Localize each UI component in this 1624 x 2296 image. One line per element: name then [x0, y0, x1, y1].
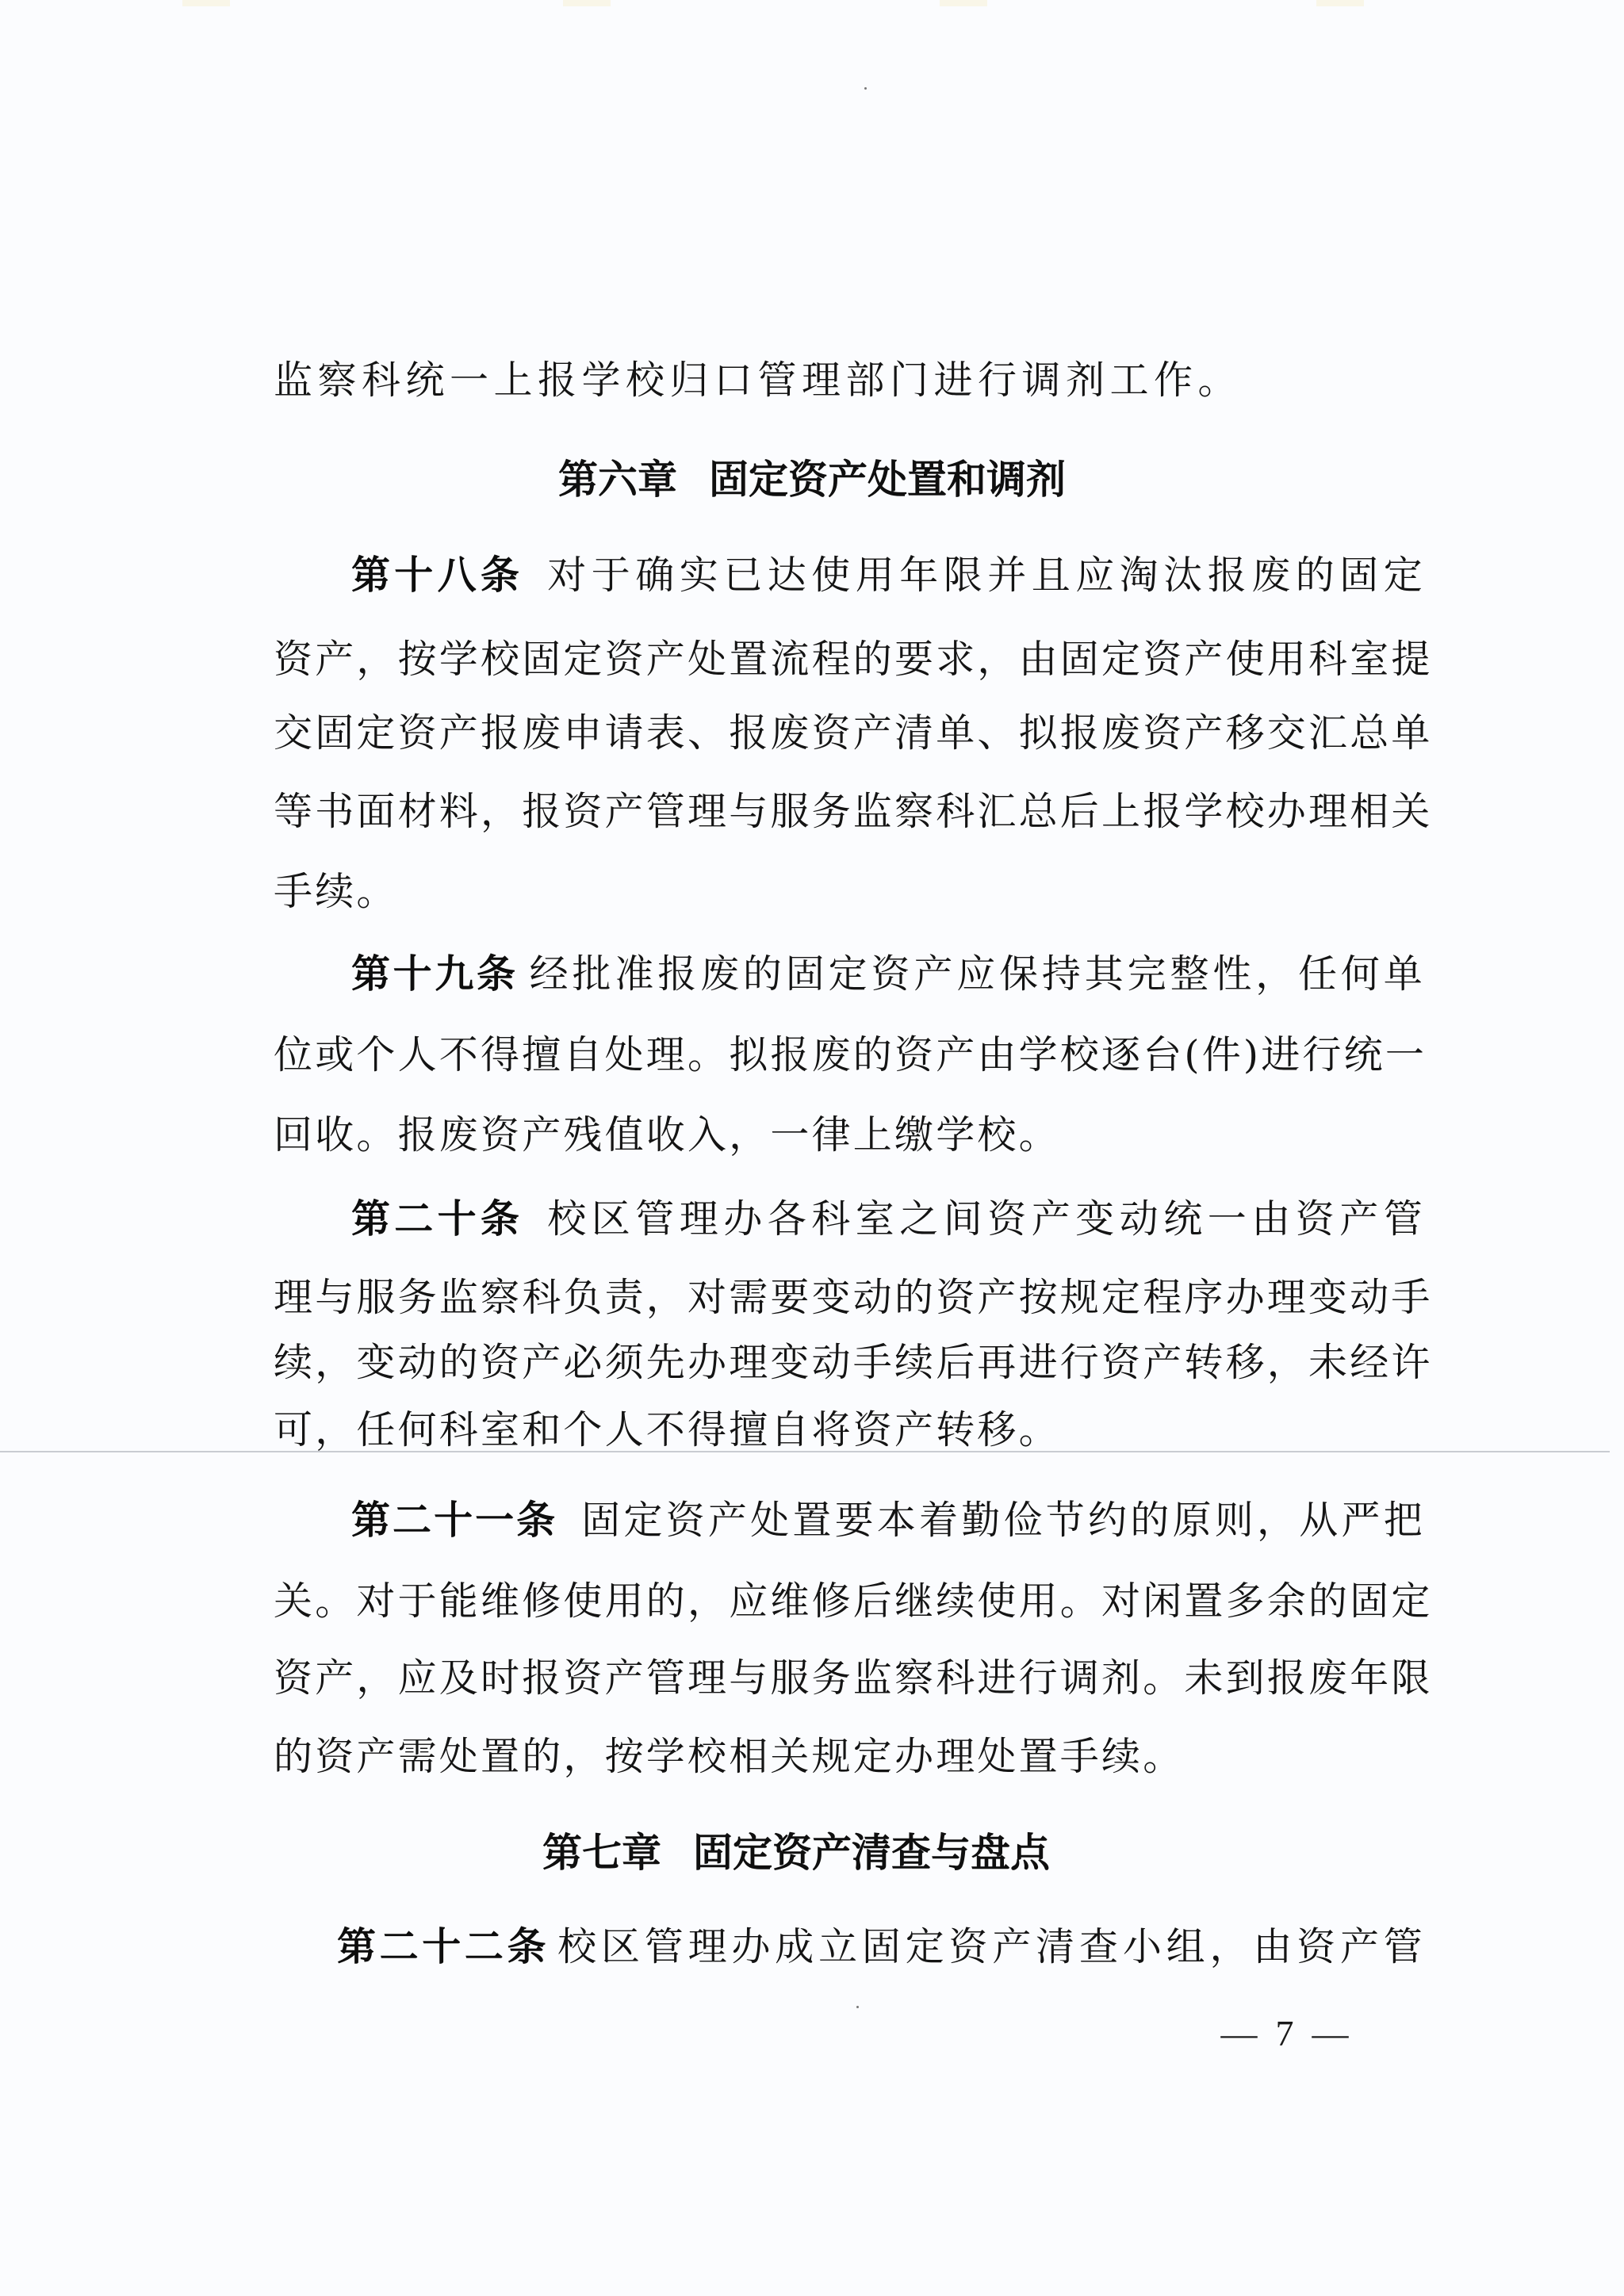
article-22-line-1: 第二十二条校区管理办成立固定资产清查小组，由资产管	[337, 1923, 1425, 1971]
article-18-line-2: 资产，按学校固定资产处置流程的要求，由固定资产使用科室提	[274, 636, 1425, 683]
article-text: 经批准报废的固定资产应保持其完整性，任何单	[530, 951, 1425, 997]
article-label: 第十九条	[351, 951, 519, 997]
article-21-line-3: 资产，应及时报资产管理与服务监察科进行调剂。未到报废年限	[274, 1655, 1425, 1702]
document-page: 监察科统一上报学校归口管理部门进行调剂工作。 第六章固定资产处置和调剂 第十八条…	[0, 0, 1624, 2296]
article-18-line-3: 交固定资产报废申请表、报废资产清单、拟报废资产移交汇总单	[274, 710, 1425, 757]
article-20-line-4: 可，任何科室和个人不得擅自将资产转移。	[274, 1406, 1425, 1454]
article-19-line-2: 位或个人不得擅自处理。拟报废的资产由学校逐台(件)进行统一	[274, 1031, 1425, 1079]
carryover-paragraph-line: 监察科统一上报学校归口管理部门进行调剂工作。	[274, 357, 1425, 404]
chapter-title: 固定资产处置和调剂	[709, 457, 1066, 503]
article-text: 固定资产处置要本着勤俭节约的原则，从严把	[581, 1498, 1425, 1543]
article-text: 对于确实已达使用年限并且应淘汰报废的固定	[547, 553, 1425, 598]
scan-speck	[856, 2006, 859, 2008]
article-20-line-2: 理与服务监察科负责，对需要变动的资产按规定程序办理变动手	[274, 1274, 1425, 1322]
article-text: 校区管理办成立固定资产清查小组，由资产管	[557, 1924, 1425, 1969]
page-fold-divider	[0, 1451, 1610, 1452]
article-18-line-4: 等书面材料，报资产管理与服务监察科汇总后上报学校办理相关	[274, 788, 1425, 836]
article-text: 校区管理办各科室之间资产变动统一由资产管	[547, 1196, 1425, 1242]
article-label: 第二十条	[351, 1196, 523, 1242]
page-number: — 7 —	[1189, 2010, 1380, 2057]
article-label: 第二十一条	[351, 1498, 557, 1543]
article-21-line-2: 关。对于能维修使用的，应维修后继续使用。对闲置多余的固定	[274, 1578, 1425, 1625]
scan-edge-marks	[0, 0, 1624, 11]
article-18-line-5: 手续。	[274, 868, 1425, 916]
chapter-number: 第六章	[558, 457, 677, 503]
article-20-line-3: 续，变动的资产必须先办理变动手续后再进行资产转移，未经许	[274, 1339, 1425, 1387]
chapter-heading-seven: 第七章固定资产清查与盘点	[0, 1825, 1608, 1881]
scan-speck	[864, 87, 867, 90]
article-21-line-1: 第二十一条固定资产处置要本着勤俭节约的原则，从严把	[351, 1497, 1425, 1544]
chapter-title: 固定资产清查与盘点	[693, 1830, 1050, 1876]
article-21-line-4: 的资产需处置的，按学校相关规定办理处置手续。	[274, 1733, 1425, 1781]
chapter-number: 第七章	[542, 1830, 661, 1876]
article-18-line-1: 第十八条对于确实已达使用年限并且应淘汰报废的固定	[351, 552, 1425, 599]
article-20-line-1: 第二十条校区管理办各科室之间资产变动统一由资产管	[351, 1196, 1425, 1243]
article-19-line-1: 第十九条经批准报废的固定资产应保持其完整性，任何单	[351, 951, 1425, 998]
chapter-heading-six: 第六章固定资产处置和调剂	[0, 452, 1624, 507]
article-label: 第二十二条	[337, 1924, 550, 1969]
article-19-line-3: 回收。报废资产残值收入，一律上缴学校。	[274, 1112, 1425, 1159]
article-label: 第十八条	[351, 553, 523, 598]
